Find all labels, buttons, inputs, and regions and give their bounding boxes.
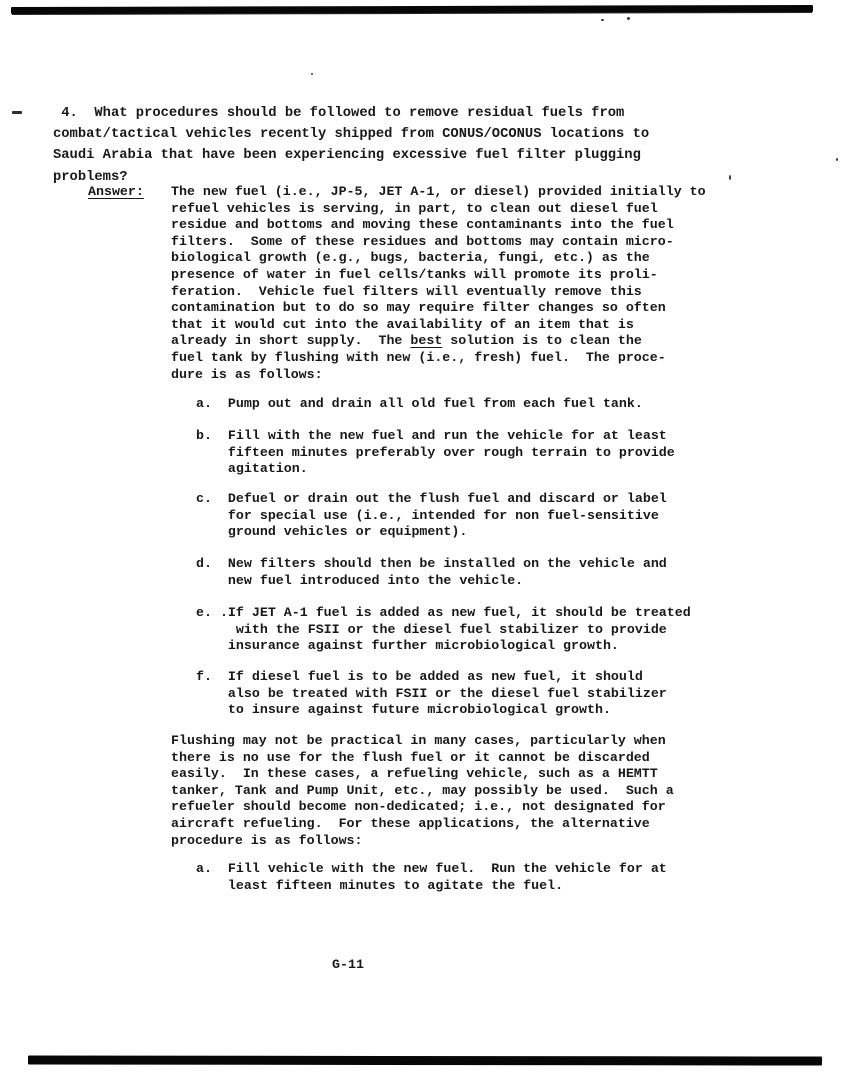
- scan-border-top: [11, 5, 813, 14]
- scan-speck: [601, 19, 604, 21]
- scan-speck: [627, 17, 630, 20]
- procedure-step-e: e. .If JET A-1 fuel is added as new fuel…: [196, 605, 691, 655]
- answer-label: Answer:: [88, 184, 144, 201]
- scan-speck: [311, 73, 313, 75]
- scan-border-bottom: [28, 1055, 822, 1065]
- procedure-step-a: a. Pump out and drain all old fuel from …: [196, 396, 643, 413]
- scan-speck: [836, 158, 838, 161]
- procedure-step-d: d. New filters should then be installed …: [196, 556, 667, 589]
- scan-speck: [729, 175, 731, 180]
- answer-paragraph-text: The new fuel (i.e., JP-5, JET A-1, or di…: [171, 184, 706, 348]
- procedure-step-b: b. Fill with the new fuel and run the ve…: [196, 428, 675, 478]
- closing-paragraph: Flushing may not be practical in many ca…: [171, 733, 674, 849]
- margin-dash-mark: [12, 111, 22, 114]
- underlined-word-best: best: [410, 333, 442, 348]
- question-text: 4. What procedures should be followed to…: [53, 103, 649, 188]
- answer-paragraph: The new fuel (i.e., JP-5, JET A-1, or di…: [171, 184, 706, 383]
- alt-procedure-step-a: a. Fill vehicle with the new fuel. Run t…: [196, 861, 667, 894]
- scanned-document-page: 4. What procedures should be followed to…: [0, 0, 850, 1091]
- procedure-step-c: c. Defuel or drain out the flush fuel an…: [196, 491, 667, 541]
- page-number: G-11: [332, 957, 364, 974]
- procedure-step-f: f. If diesel fuel is to be added as new …: [196, 669, 667, 719]
